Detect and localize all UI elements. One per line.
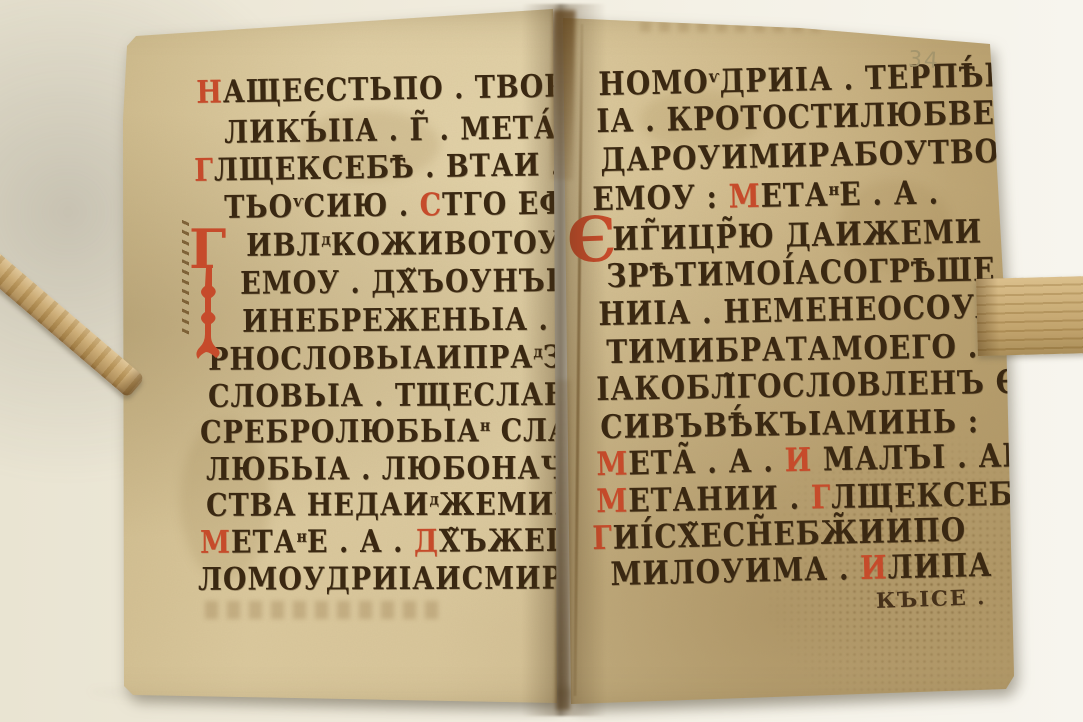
right-page: НОМОѵДРИІА . ТЕРПѢ́НИІА . КРОТОСТИЛЮБВЕД… [0,0,1083,722]
gutter-stain-bottom [556,380,570,710]
folio-page-number: 34 [907,47,941,74]
text-segment: ЕТА̃ . А . [628,441,785,483]
rubric-initial: Г [811,478,832,517]
right-page-wrap: НОМОѵДРИІА . ТЕРПѢ́НИІА . КРОТОСТИЛЮБВЕД… [0,0,1083,722]
page-fold-crease [573,24,583,696]
superscript-letter: ѵ [708,67,719,87]
rubric-initial: М [596,481,629,520]
ink-bleedthrough [640,20,820,32]
manuscript-photo: НАЩЕЄСТЬПО . ТВОРмН ВЕЛИКЪ́ІІА . Г̃ . МЕ… [0,0,1083,722]
rubric-initial: И [860,548,888,587]
text-segment: ЛИПА [887,546,992,587]
text-segment: Е . А . [839,173,940,213]
text-segment: ЕТАНИИ . [628,478,811,519]
text-segment: МАЛЪІ . АІ [812,436,1017,479]
text-line: ДАРОУИМИРАБОУТВО [600,132,1000,179]
text-segment: ЕТА [760,175,829,215]
rubric-initial: М [596,444,629,483]
gutter-stain-top [551,10,576,180]
wooden-stick-right [976,276,1083,356]
text-segment: МИЛОУИМА . [610,549,861,593]
text-segment: ДАРОУИМИРАБОУТВО [600,132,1000,179]
rubric-initial: Г [592,519,613,558]
rubric-initial: И [784,440,812,479]
text-segment: НОМО [598,62,709,103]
text-segment: ЛЩЕКСЕБѢ . [831,474,1061,516]
text-line: ЕМОУ : МЕТАнЕ . А . [592,173,939,218]
rubric-initial: М [728,177,761,216]
superscript-letter: н [828,180,839,200]
catchword-end-note: КЪІСЕ . [876,584,987,613]
drop-cap-initial-e: Є [566,208,617,272]
